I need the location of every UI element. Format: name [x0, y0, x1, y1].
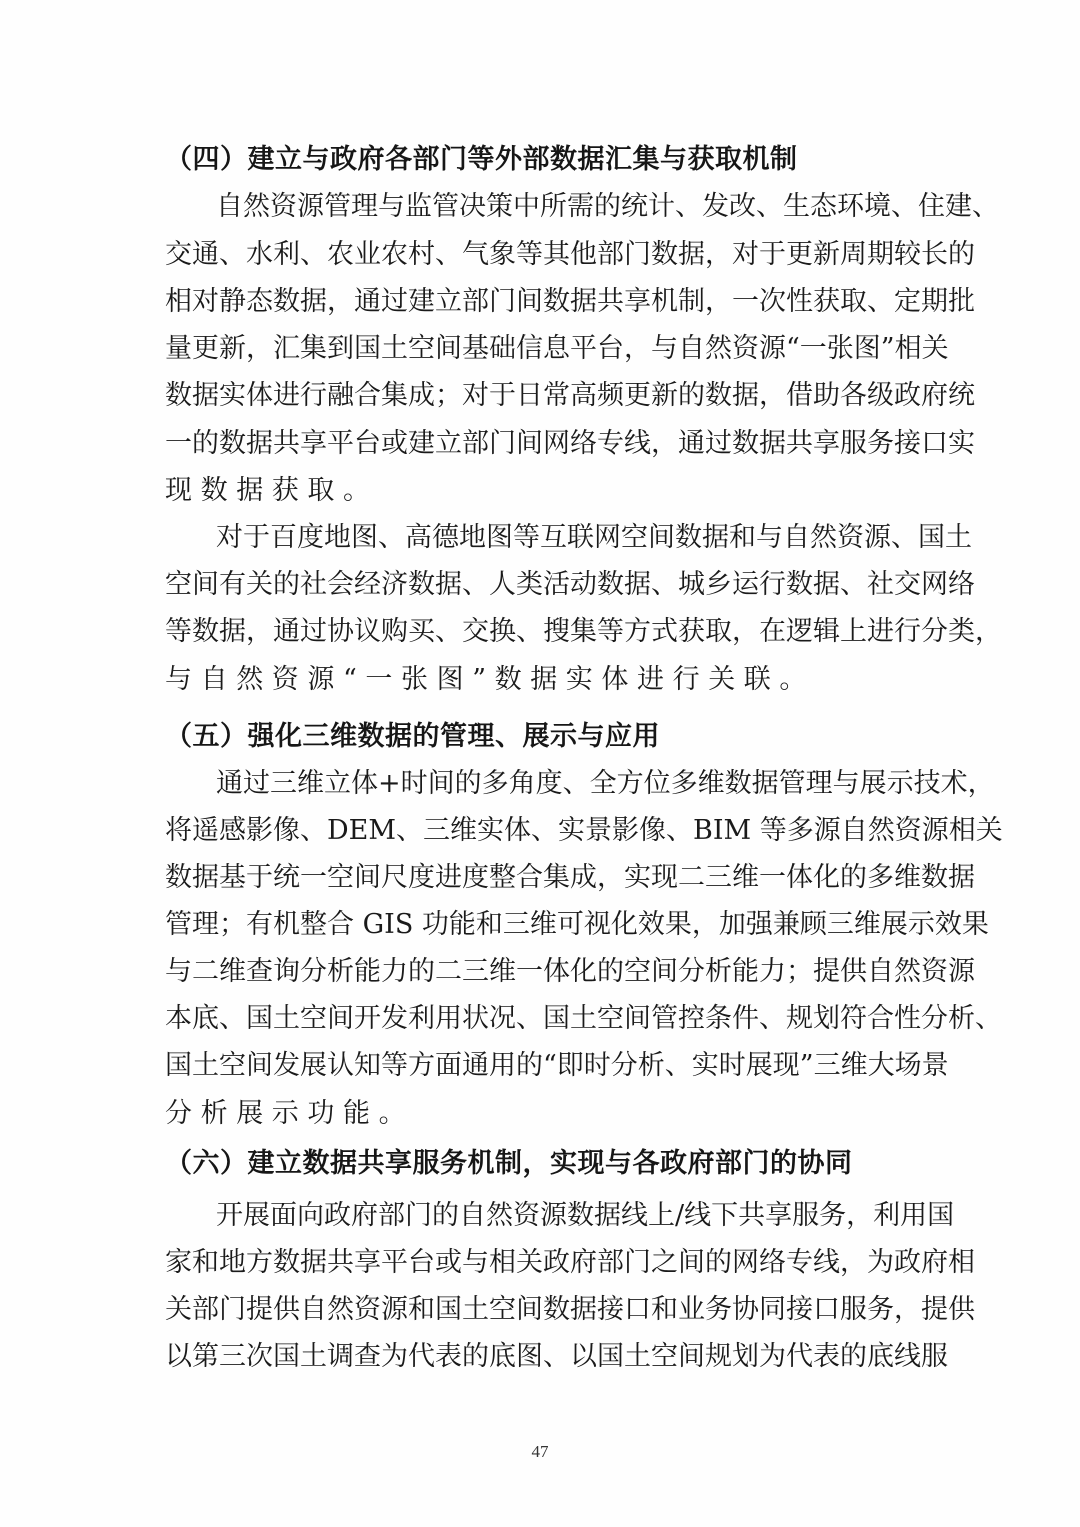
paragraph-line: 一的数据共享平台或建立部门间网络专线，通过数据共享服务接口实 — [165, 422, 915, 466]
paragraph-line: 数据基于统一空间尺度进度整合集成，实现二三维一体化的多维数据 — [165, 856, 915, 900]
paragraph-line: 开展面向政府部门的自然资源数据线上/线下共享服务，利用国 — [216, 1194, 915, 1238]
paragraph-line: 通过三维立体+时间的多角度、全方位多维数据管理与展示技术， — [216, 762, 915, 806]
paragraph-line: 现数据获取。 — [165, 469, 915, 513]
paragraph-line: 家和地方数据共享平台或与相关政府部门之间的网络专线，为政府相 — [165, 1241, 915, 1285]
paragraph-line: 量更新，汇集到国土空间基础信息平台，与自然资源“一张图”相关 — [165, 327, 915, 371]
paragraph-line: 等数据，通过协议购买、交换、搜集等方式获取，在逻辑上进行分类， — [165, 610, 915, 654]
paragraph-line: 与二维查询分析能力的二三维一体化的空间分析能力；提供自然资源 — [165, 950, 915, 994]
section-heading-6: （六）建立数据共享服务机制，实现与各政府部门的协同 — [165, 1142, 853, 1186]
section-heading-5: （五）强化三维数据的管理、展示与应用 — [165, 715, 660, 759]
paragraph-line: 对于百度地图、高德地图等互联网空间数据和与自然资源、国土 — [216, 516, 915, 560]
paragraph-line: 空间有关的社会经济数据、人类活动数据、城乡运行数据、社交网络 — [165, 563, 915, 607]
paragraph-line: 管理；有机整合 GIS 功能和三维可视化效果，加强兼顾三维展示效果 — [165, 903, 915, 947]
paragraph-line: 与自然资源“一张图”数据实体进行关联。 — [165, 658, 915, 702]
paragraph-line: 以第三次国土调查为代表的底图、以国土空间规划为代表的底线服 — [165, 1335, 915, 1379]
section-heading-4: （四）建立与政府各部门等外部数据汇集与获取机制 — [165, 138, 798, 182]
paragraph-line: 交通、水利、农业农村、气象等其他部门数据，对于更新周期较长的 — [165, 233, 915, 277]
page-number: 47 — [0, 1442, 1080, 1462]
paragraph-line: 数据实体进行融合集成；对于日常高频更新的数据，借助各级政府统 — [165, 374, 915, 418]
paragraph-line: 自然资源管理与监管决策中所需的统计、发改、生态环境、住建、 — [216, 185, 915, 229]
paragraph-line: 将遥感影像、DEM、三维实体、实景影像、BIM 等多源自然资源相关 — [165, 809, 915, 853]
paragraph-line: 本底、国土空间开发利用状况、国土空间管控条件、规划符合性分析、 — [165, 997, 915, 1041]
paragraph-line: 关部门提供自然资源和国土空间数据接口和业务协同接口服务，提供 — [165, 1288, 915, 1332]
paragraph-line: 国土空间发展认知等方面通用的“即时分析、实时展现”三维大场景 — [165, 1044, 915, 1088]
paragraph-line: 分析展示功能。 — [165, 1092, 915, 1136]
document-page: （四）建立与政府各部门等外部数据汇集与获取机制 自然资源管理与监管决策中所需的统… — [0, 0, 1080, 1527]
paragraph-line: 相对静态数据，通过建立部门间数据共享机制，一次性获取、定期批 — [165, 280, 915, 324]
